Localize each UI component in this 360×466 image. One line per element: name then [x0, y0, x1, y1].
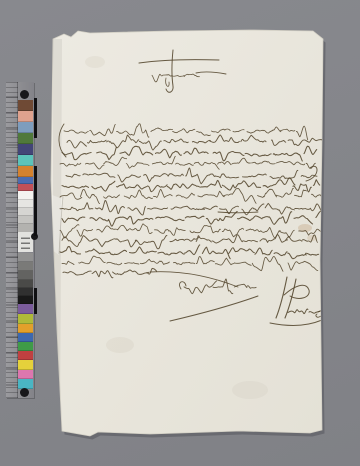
manuscript-paper [51, 30, 323, 436]
manuscript-photo [0, 0, 360, 466]
photo-background: Photograph of a 16th-century handwritten… [0, 0, 360, 466]
